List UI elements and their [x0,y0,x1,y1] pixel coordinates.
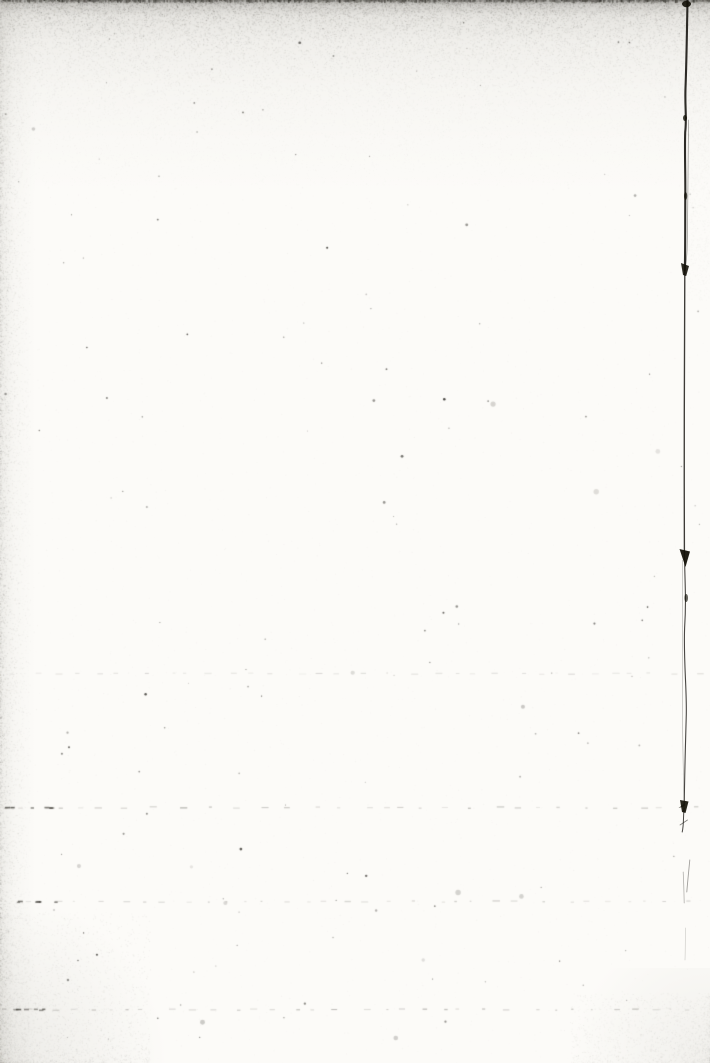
thread-double-strand-upper [685,120,689,270]
thread-knot-bottom-tick [679,804,685,809]
thread-middle-segment [684,270,685,552]
bottom-right-corner-shadow [540,968,710,1063]
thread-lower-segment [684,552,686,806]
thread-knot-bottom [680,800,689,813]
thread-fragment-1 [687,860,690,892]
thread-upper-segment [685,0,688,270]
binding-thread-artifact [0,0,710,1063]
thread-double-strand-lower [682,560,684,804]
thread-fragment-3 [685,928,686,960]
thread-tail-cross [680,820,688,825]
scanned-blank-page [0,0,710,1063]
thread-knot-triangle [680,549,691,567]
thread-knot-lower-small [684,594,688,602]
bottom-left-corner-shadow [0,903,170,1063]
top-edge-shadow [0,0,710,195]
thread-knot-mid [681,263,689,276]
left-edge-shadow [0,0,36,1063]
scan-grain-and-speck-layer [0,0,710,1063]
thread-fragment-2 [683,872,684,903]
thread-tail-hook [682,808,684,832]
thread-knot-top [682,1,691,7]
thread-knot-small [684,192,687,200]
thread-knot-kink [683,115,687,121]
